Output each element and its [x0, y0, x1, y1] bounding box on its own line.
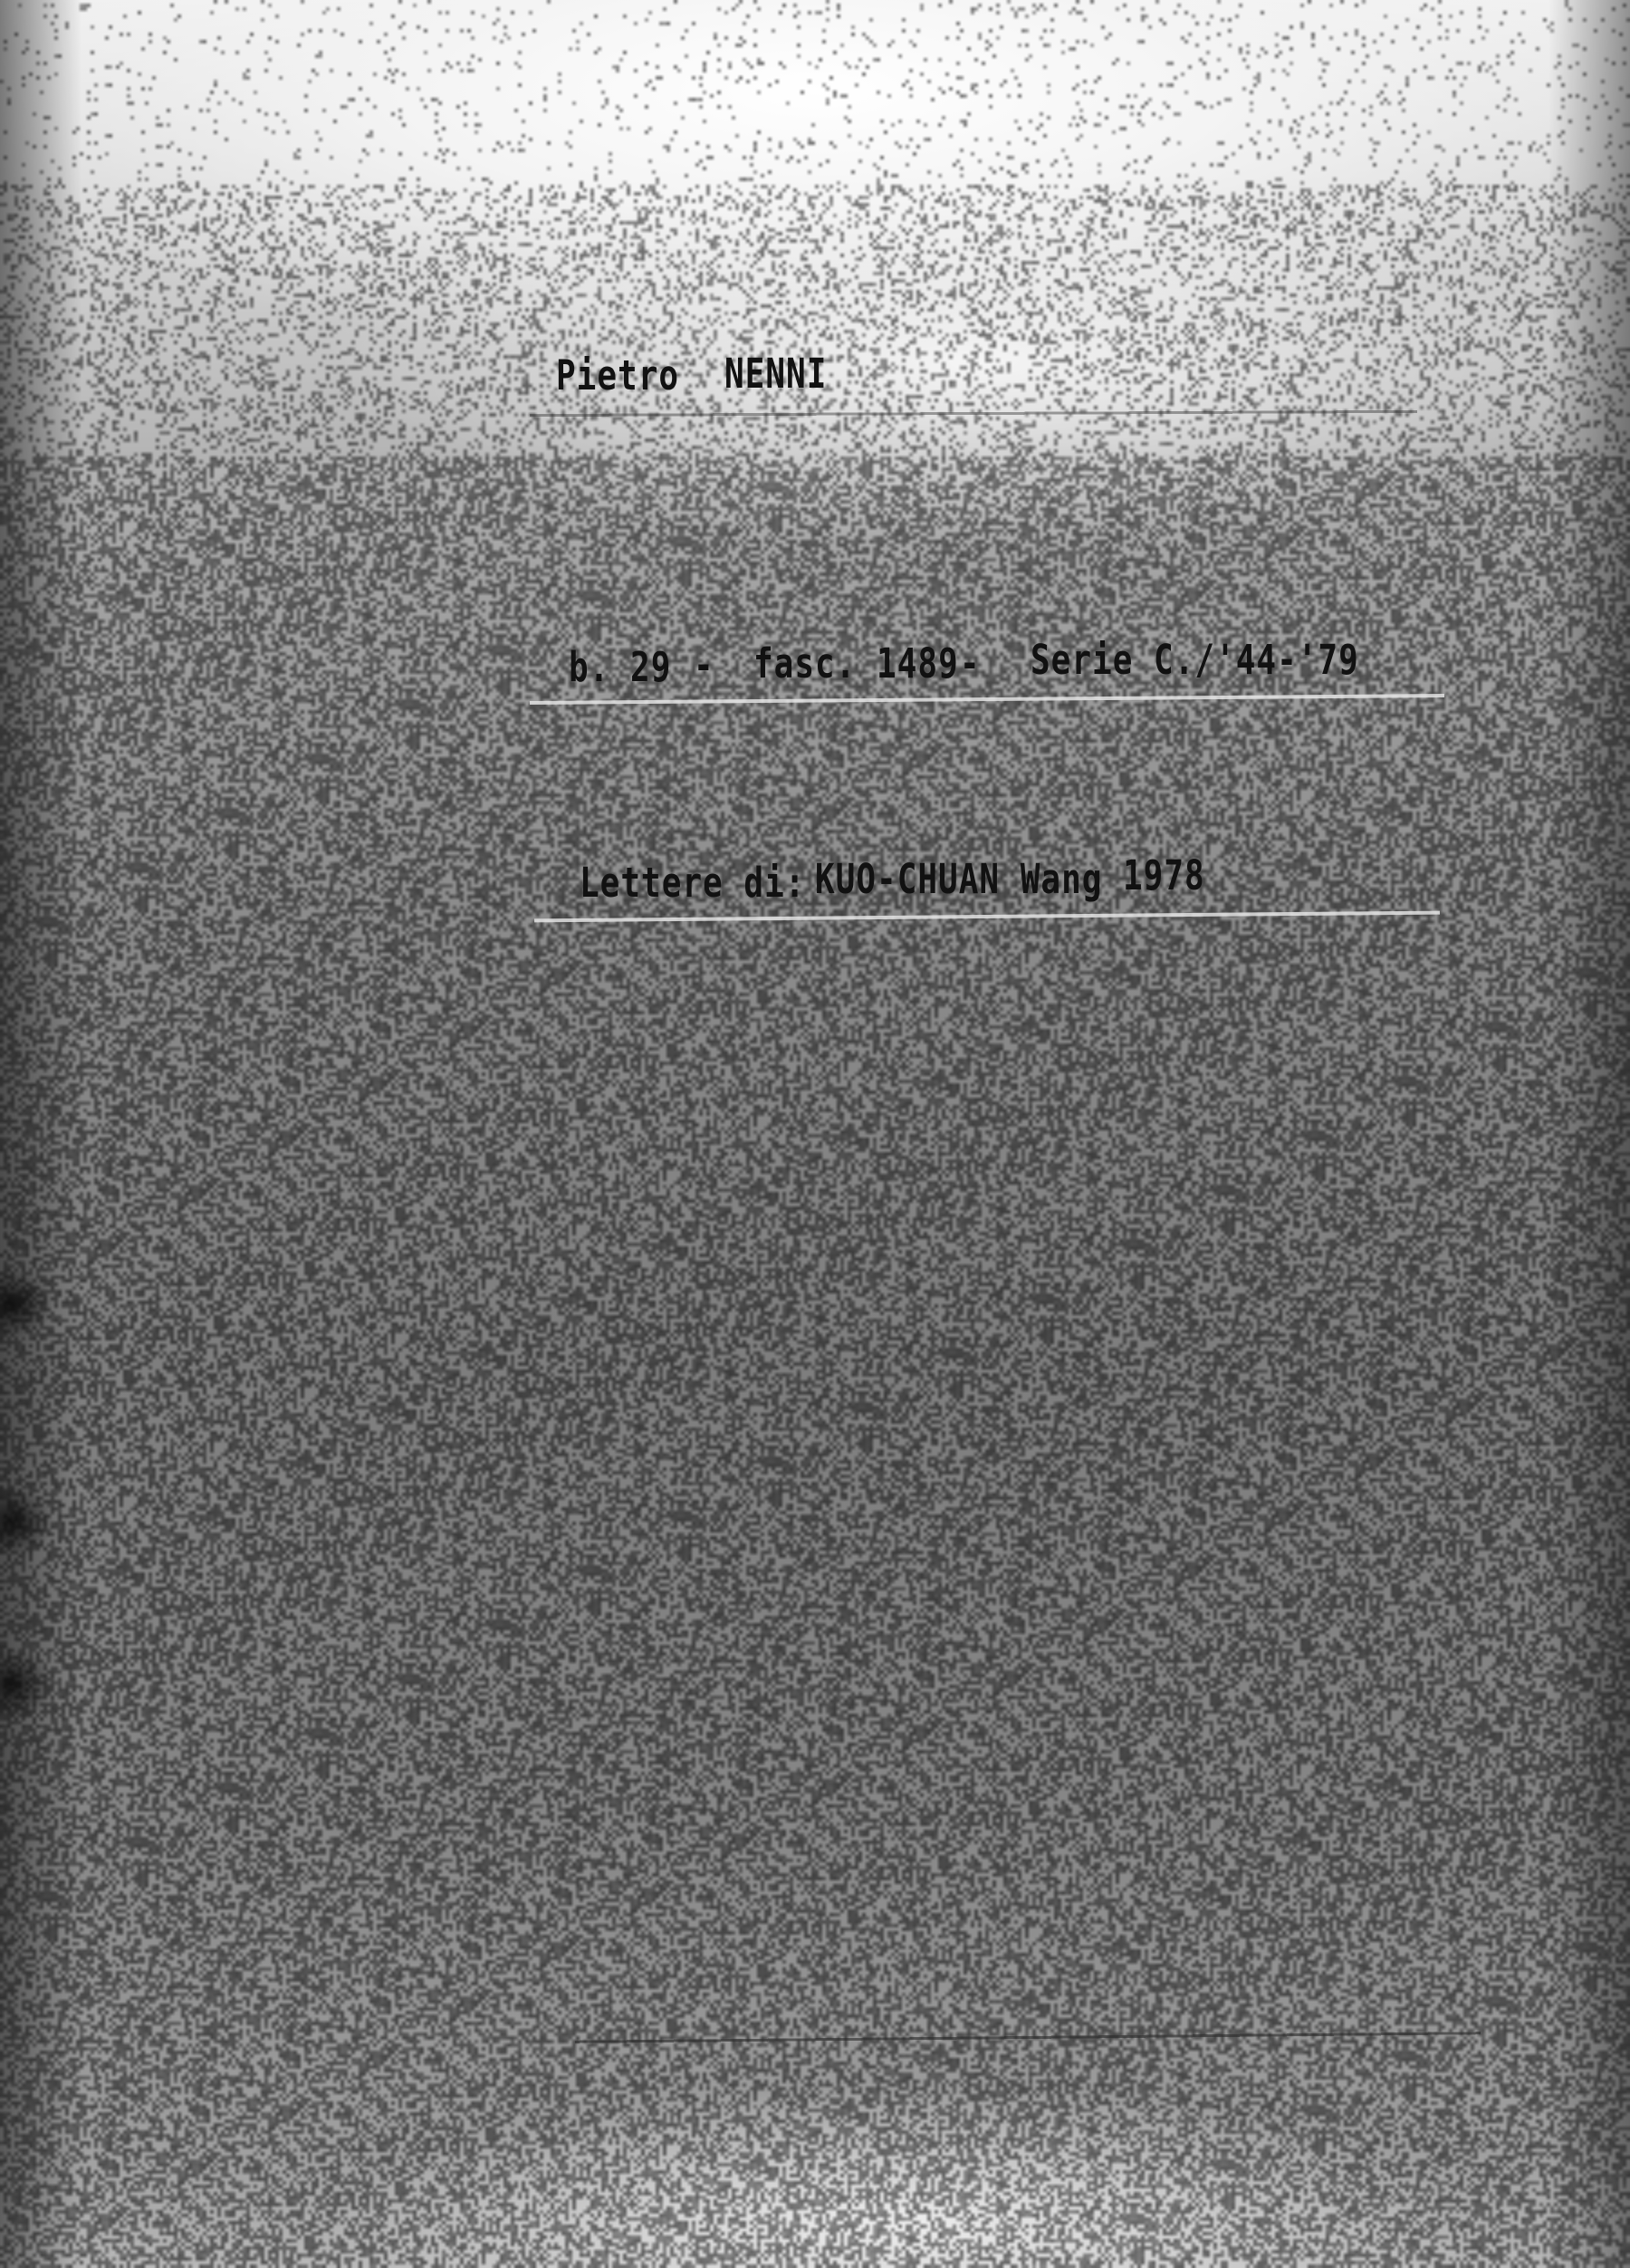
binding-hole-mark: [0, 1485, 54, 1558]
letters-year: 1978: [1123, 853, 1205, 899]
correspondent-name: KUO-CHUAN Wang: [815, 857, 1102, 903]
fascicolo-number: fasc. 1489: [753, 641, 959, 687]
scanned-archive-cover-sheet: Pietro NENNI b. 29 - fasc. 1489 - Serie …: [0, 0, 1630, 2268]
scan-noise-texture: [0, 0, 1630, 2268]
binding-hole-mark: [0, 1648, 54, 1721]
serie-label: Serie C./'44-'79: [1031, 638, 1359, 684]
busta-number: b. 29: [569, 645, 671, 691]
reference-separator: -: [694, 643, 714, 689]
reference-separator: -: [960, 641, 981, 687]
binding-hole-mark: [0, 1268, 54, 1341]
author-first-name: Pietro: [556, 353, 679, 399]
left-edge-shadow: [0, 0, 81, 2268]
letters-label: Lettere di:: [580, 860, 805, 907]
author-last-name: NENNI: [724, 351, 827, 398]
right-edge-shadow: [1548, 0, 1630, 2268]
